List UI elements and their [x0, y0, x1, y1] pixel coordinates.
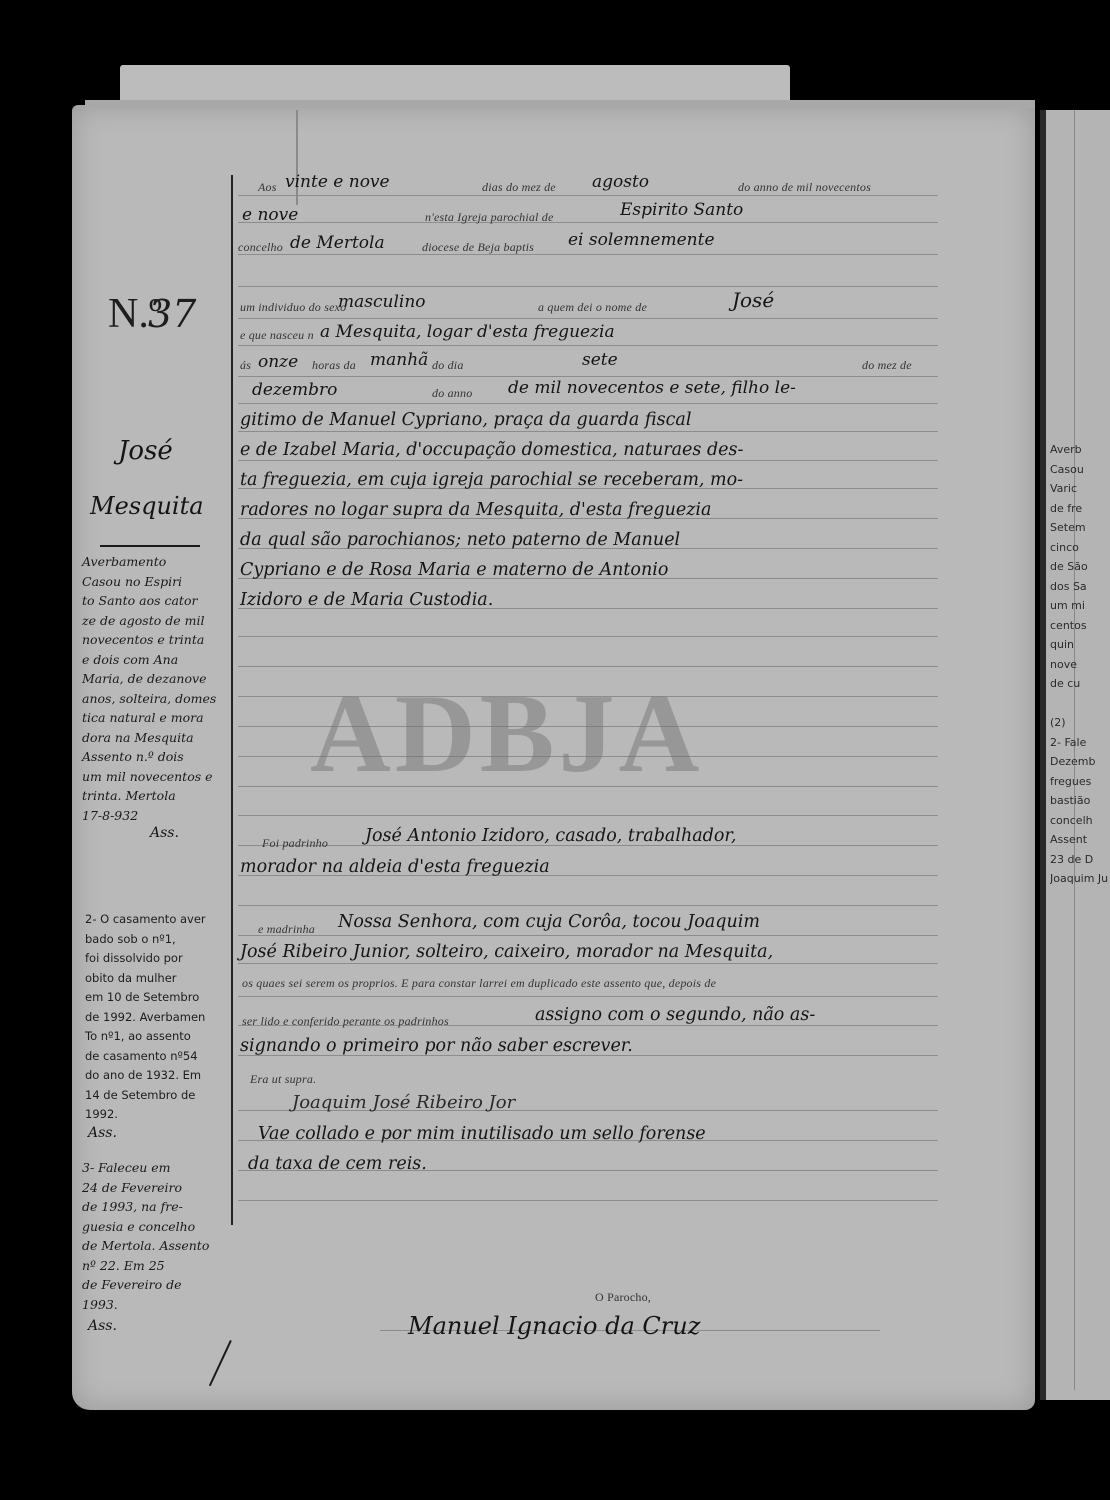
ruled-line [238, 815, 938, 816]
parish-priest-label: O Parocho, [595, 1290, 651, 1305]
label-madrinha: e madrinha [258, 922, 315, 937]
baptism-value: ei solemnemente [568, 230, 715, 250]
ruled-line [238, 1200, 938, 1201]
ruled-line [238, 905, 938, 906]
entry-number: 37 [148, 292, 196, 336]
municipality-value: de Mertola [290, 233, 385, 253]
margin-surname: Mesquita [90, 492, 204, 520]
label-concelho: concelho [238, 240, 283, 255]
body-line: radores no logar supra da Mesquita, d'es… [240, 500, 711, 520]
label-diocese: diocese de Beja baptis [422, 240, 534, 255]
birthplace-value: a Mesquita, logar d'esta freguezia [320, 322, 615, 342]
body-line: gitimo de Manuel Cypriano, praça da guar… [240, 410, 691, 430]
ruled-line [238, 376, 938, 377]
page-fold-edge [85, 100, 1035, 108]
closing-printed-1: os quaes sei serem os proprios. E para c… [242, 976, 716, 991]
stamp-note-line-2: da taxa de cem reis. [248, 1154, 427, 1174]
period-value: manhã [370, 350, 428, 370]
given-name-value: José [732, 288, 774, 312]
ruled-line [238, 403, 938, 404]
ruled-line [238, 318, 938, 319]
birth-day-value: sete [582, 350, 618, 370]
stamp-note-line-1: Vae collado e por mim inutilisado um sel… [258, 1124, 706, 1144]
ruled-line [238, 963, 938, 964]
label-horas: horas da [312, 358, 356, 373]
margin-note-marriage: Averbamento Casou no Espiri to Santo aos… [82, 552, 232, 825]
ruled-line [238, 460, 938, 461]
parish-priest-signature: Manuel Ignacio da Cruz [408, 1312, 700, 1340]
label-do-anno-2: do anno [432, 386, 472, 401]
body-line: Izidoro e de Maria Custodia. [240, 590, 493, 610]
ruled-line [238, 195, 938, 196]
parish-value: Espirito Santo [620, 200, 743, 220]
label-aos: Aos [258, 180, 277, 195]
godmother-line-1: Nossa Senhora, com cuja Corôa, tocou Joa… [338, 912, 760, 932]
closing-handwritten-2: signando o primeiro por não saber escrev… [240, 1036, 633, 1056]
ruled-line [238, 345, 938, 346]
margin-note-1-signature: Ass. [150, 825, 179, 841]
label-dias-do-mez: dias do mez de [482, 180, 556, 195]
year-value: e nove [242, 205, 298, 225]
adjacent-page-notes: Averb Casou Varic de fre Setem cinco de … [1050, 440, 1110, 889]
era-ut-supra: Era ut supra. [250, 1072, 316, 1087]
label-do-anno: do anno de mil novecentos [738, 180, 871, 195]
sex-value: masculino [338, 292, 426, 312]
body-line: ta freguezia, em cuja igreja parochial s… [240, 470, 743, 490]
label-igreja-parochial: n'esta Igreja parochial de [425, 210, 554, 225]
closing-printed-2: ser lido e conferido perante os padrinho… [242, 1014, 449, 1029]
ruled-line [238, 254, 938, 255]
birth-year-value: de mil novecentos e sete, filho le- [508, 378, 796, 398]
label-nome: a quem dei o nome de [538, 300, 647, 315]
ruled-line [238, 636, 938, 637]
godfather-line-1: José Antonio Izidoro, casado, trabalhado… [365, 826, 736, 846]
hour-value: onze [258, 352, 298, 372]
label-dia: do dia [432, 358, 464, 373]
witness-signature: Joaquim José Ribeiro Jor [292, 1092, 515, 1113]
day-value: vinte e nove [285, 172, 390, 192]
ruled-line [238, 286, 938, 287]
margin-note-3-signature: Ass. [88, 1318, 117, 1334]
godmother-line-2: José Ribeiro Junior, solteiro, caixeiro,… [240, 942, 773, 962]
ruled-line [238, 935, 938, 936]
name-underline [100, 545, 200, 547]
ruled-line [238, 222, 938, 223]
archive-watermark: ADBJA [310, 670, 703, 799]
month-value: agosto [592, 172, 649, 192]
body-line: e de Izabel Maria, d'occupação domestica… [240, 440, 743, 460]
margin-note-dissolution: 2- O casamento aver bado sob o nº1, foi … [85, 910, 235, 1125]
label-mez-de: do mez de [862, 358, 912, 373]
label-nasceu: e que nasceu n [240, 328, 314, 343]
godfather-line-2: morador na aldeia d'esta freguezia [240, 857, 550, 877]
body-line: da qual são parochianos; neto paterno de… [240, 530, 680, 550]
ruled-line [238, 996, 938, 997]
body-line: Cypriano e de Rosa Maria e materno de An… [240, 560, 668, 580]
label-as: ás [240, 358, 251, 373]
ruled-line [238, 666, 938, 667]
label-sexo: um individuo do sexo [240, 300, 346, 315]
ruled-line [238, 431, 938, 432]
margin-note-death: 3- Faleceu em 24 de Fevereiro de 1993, n… [82, 1158, 232, 1314]
birth-month-value: dezembro [252, 380, 337, 400]
margin-note-2-signature: Ass. [88, 1125, 117, 1141]
label-padrinho: Foi padrinho [262, 836, 328, 851]
closing-handwritten-1: assigno com o segundo, não as- [535, 1005, 815, 1025]
margin-first-name: José [118, 436, 173, 466]
